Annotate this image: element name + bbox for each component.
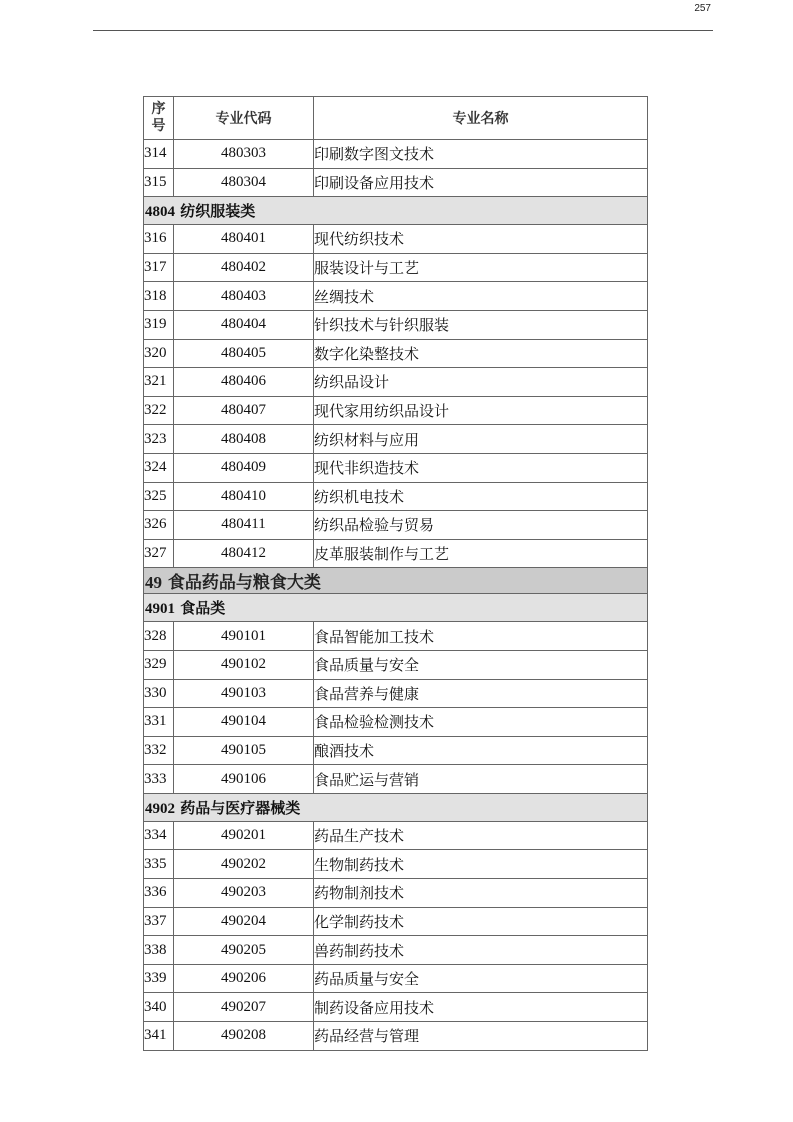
row-seq: 339 [144, 964, 174, 993]
category-title: 纺织服装类 [180, 202, 255, 220]
table-row: 324480409现代非织造技术 [144, 453, 648, 482]
category-code: 4902 [145, 801, 175, 817]
row-name: 生物制药技术 [314, 850, 648, 879]
row-code: 480303 [174, 140, 314, 169]
row-name: 纺织机电技术 [314, 482, 648, 511]
row-code: 480401 [174, 225, 314, 254]
row-seq: 325 [144, 482, 174, 511]
row-seq: 323 [144, 425, 174, 454]
row-seq: 314 [144, 140, 174, 169]
row-name: 食品营养与健康 [314, 679, 648, 708]
table-row: 318480403丝绸技术 [144, 282, 648, 311]
row-seq: 320 [144, 339, 174, 368]
row-code: 490106 [174, 765, 314, 794]
table-row: 335490202生物制药技术 [144, 850, 648, 879]
row-code: 490202 [174, 850, 314, 879]
table-row: 341490208药品经营与管理 [144, 1022, 648, 1051]
table-header-row: 序号 专业代码 专业名称 [144, 97, 648, 140]
row-seq: 330 [144, 679, 174, 708]
table-row: 315480304印刷设备应用技术 [144, 168, 648, 197]
table-body: 314480303印刷数字图文技术315480304印刷设备应用技术4804 纺… [144, 140, 648, 1051]
row-code: 480409 [174, 453, 314, 482]
table-row: 334490201药品生产技术 [144, 821, 648, 850]
row-name: 纺织品检验与贸易 [314, 511, 648, 540]
row-seq: 334 [144, 821, 174, 850]
page-number: 257 [694, 3, 711, 14]
row-code: 480412 [174, 539, 314, 568]
table-row: 321480406纺织品设计 [144, 368, 648, 397]
row-code: 490203 [174, 879, 314, 908]
category-row: 4902 药品与医疗器械类 [144, 793, 648, 821]
table-row: 322480407现代家用纺织品设计 [144, 396, 648, 425]
row-name: 皮革服装制作与工艺 [314, 539, 648, 568]
row-seq: 327 [144, 539, 174, 568]
row-code: 490101 [174, 622, 314, 651]
row-code: 480304 [174, 168, 314, 197]
row-name: 纺织品设计 [314, 368, 648, 397]
row-name: 兽药制药技术 [314, 936, 648, 965]
category-title: 食品药品与粮食大类 [168, 573, 321, 593]
table-row: 333490106食品贮运与营销 [144, 765, 648, 794]
row-seq: 317 [144, 253, 174, 282]
table-row: 332490105酿酒技术 [144, 736, 648, 765]
table-row: 317480402服装设计与工艺 [144, 253, 648, 282]
row-code: 490205 [174, 936, 314, 965]
category-row: 4804 纺织服装类 [144, 197, 648, 225]
row-seq: 335 [144, 850, 174, 879]
table-row: 323480408纺织材料与应用 [144, 425, 648, 454]
row-name: 药物制剂技术 [314, 879, 648, 908]
row-name: 食品检验检测技术 [314, 708, 648, 737]
header-name: 专业名称 [314, 97, 648, 140]
table-row: 340490207制药设备应用技术 [144, 993, 648, 1022]
category-row: 4901 食品类 [144, 594, 648, 622]
row-name: 针织技术与针织服装 [314, 310, 648, 339]
category-title: 食品类 [180, 599, 225, 617]
row-seq: 319 [144, 310, 174, 339]
category-cell: 4804 纺织服装类 [144, 197, 648, 225]
row-code: 480402 [174, 253, 314, 282]
row-name: 食品质量与安全 [314, 650, 648, 679]
row-code: 490102 [174, 650, 314, 679]
table-row: 314480303印刷数字图文技术 [144, 140, 648, 169]
row-seq: 333 [144, 765, 174, 794]
row-code: 480410 [174, 482, 314, 511]
table-row: 331490104食品检验检测技术 [144, 708, 648, 737]
table-row: 336490203药物制剂技术 [144, 879, 648, 908]
row-code: 490104 [174, 708, 314, 737]
table-row: 316480401现代纺织技术 [144, 225, 648, 254]
header-code: 专业代码 [174, 97, 314, 140]
row-seq: 322 [144, 396, 174, 425]
row-name: 药品质量与安全 [314, 964, 648, 993]
row-name: 印刷数字图文技术 [314, 140, 648, 169]
majors-table: 序号 专业代码 专业名称 314480303印刷数字图文技术315480304印… [143, 96, 648, 1051]
row-code: 490201 [174, 821, 314, 850]
row-name: 服装设计与工艺 [314, 253, 648, 282]
table-row: 320480405数字化染整技术 [144, 339, 648, 368]
row-code: 490204 [174, 907, 314, 936]
row-name: 纺织材料与应用 [314, 425, 648, 454]
row-name: 丝绸技术 [314, 282, 648, 311]
table-row: 328490101食品智能加工技术 [144, 622, 648, 651]
row-name: 数字化染整技术 [314, 339, 648, 368]
row-seq: 328 [144, 622, 174, 651]
table-row: 337490204化学制药技术 [144, 907, 648, 936]
row-code: 480404 [174, 310, 314, 339]
major-category-row: 49 食品药品与粮食大类 [144, 568, 648, 594]
table-row: 325480410纺织机电技术 [144, 482, 648, 511]
category-code: 4804 [145, 204, 175, 220]
row-seq: 318 [144, 282, 174, 311]
row-seq: 326 [144, 511, 174, 540]
row-name: 制药设备应用技术 [314, 993, 648, 1022]
row-code: 490208 [174, 1022, 314, 1051]
row-code: 480405 [174, 339, 314, 368]
header-seq: 序号 [144, 97, 174, 140]
row-code: 480407 [174, 396, 314, 425]
row-name: 现代家用纺织品设计 [314, 396, 648, 425]
category-cell: 49 食品药品与粮食大类 [144, 568, 648, 594]
row-seq: 324 [144, 453, 174, 482]
row-name: 化学制药技术 [314, 907, 648, 936]
row-code: 490105 [174, 736, 314, 765]
row-seq: 332 [144, 736, 174, 765]
row-name: 现代纺织技术 [314, 225, 648, 254]
row-name: 酿酒技术 [314, 736, 648, 765]
category-title: 药品与医疗器械类 [180, 799, 300, 817]
category-code: 4901 [145, 601, 175, 617]
row-name: 现代非织造技术 [314, 453, 648, 482]
row-name: 食品贮运与营销 [314, 765, 648, 794]
row-seq: 340 [144, 993, 174, 1022]
row-seq: 336 [144, 879, 174, 908]
row-seq: 321 [144, 368, 174, 397]
row-seq: 341 [144, 1022, 174, 1051]
row-code: 490206 [174, 964, 314, 993]
table-row: 327480412皮革服装制作与工艺 [144, 539, 648, 568]
row-name: 印刷设备应用技术 [314, 168, 648, 197]
category-cell: 4901 食品类 [144, 594, 648, 622]
row-name: 药品生产技术 [314, 821, 648, 850]
row-code: 490207 [174, 993, 314, 1022]
row-seq: 331 [144, 708, 174, 737]
row-seq: 338 [144, 936, 174, 965]
row-code: 480403 [174, 282, 314, 311]
category-cell: 4902 药品与医疗器械类 [144, 793, 648, 821]
row-code: 480408 [174, 425, 314, 454]
table-row: 330490103食品营养与健康 [144, 679, 648, 708]
row-seq: 329 [144, 650, 174, 679]
row-code: 480411 [174, 511, 314, 540]
row-name: 药品经营与管理 [314, 1022, 648, 1051]
table-row: 319480404针织技术与针织服装 [144, 310, 648, 339]
table-row: 339490206药品质量与安全 [144, 964, 648, 993]
table-row: 329490102食品质量与安全 [144, 650, 648, 679]
table-row: 326480411纺织品检验与贸易 [144, 511, 648, 540]
row-code: 480406 [174, 368, 314, 397]
table-row: 338490205兽药制药技术 [144, 936, 648, 965]
row-seq: 316 [144, 225, 174, 254]
header-rule [93, 30, 713, 31]
row-code: 490103 [174, 679, 314, 708]
category-code: 49 [145, 573, 162, 592]
row-seq: 337 [144, 907, 174, 936]
row-seq: 315 [144, 168, 174, 197]
row-name: 食品智能加工技术 [314, 622, 648, 651]
